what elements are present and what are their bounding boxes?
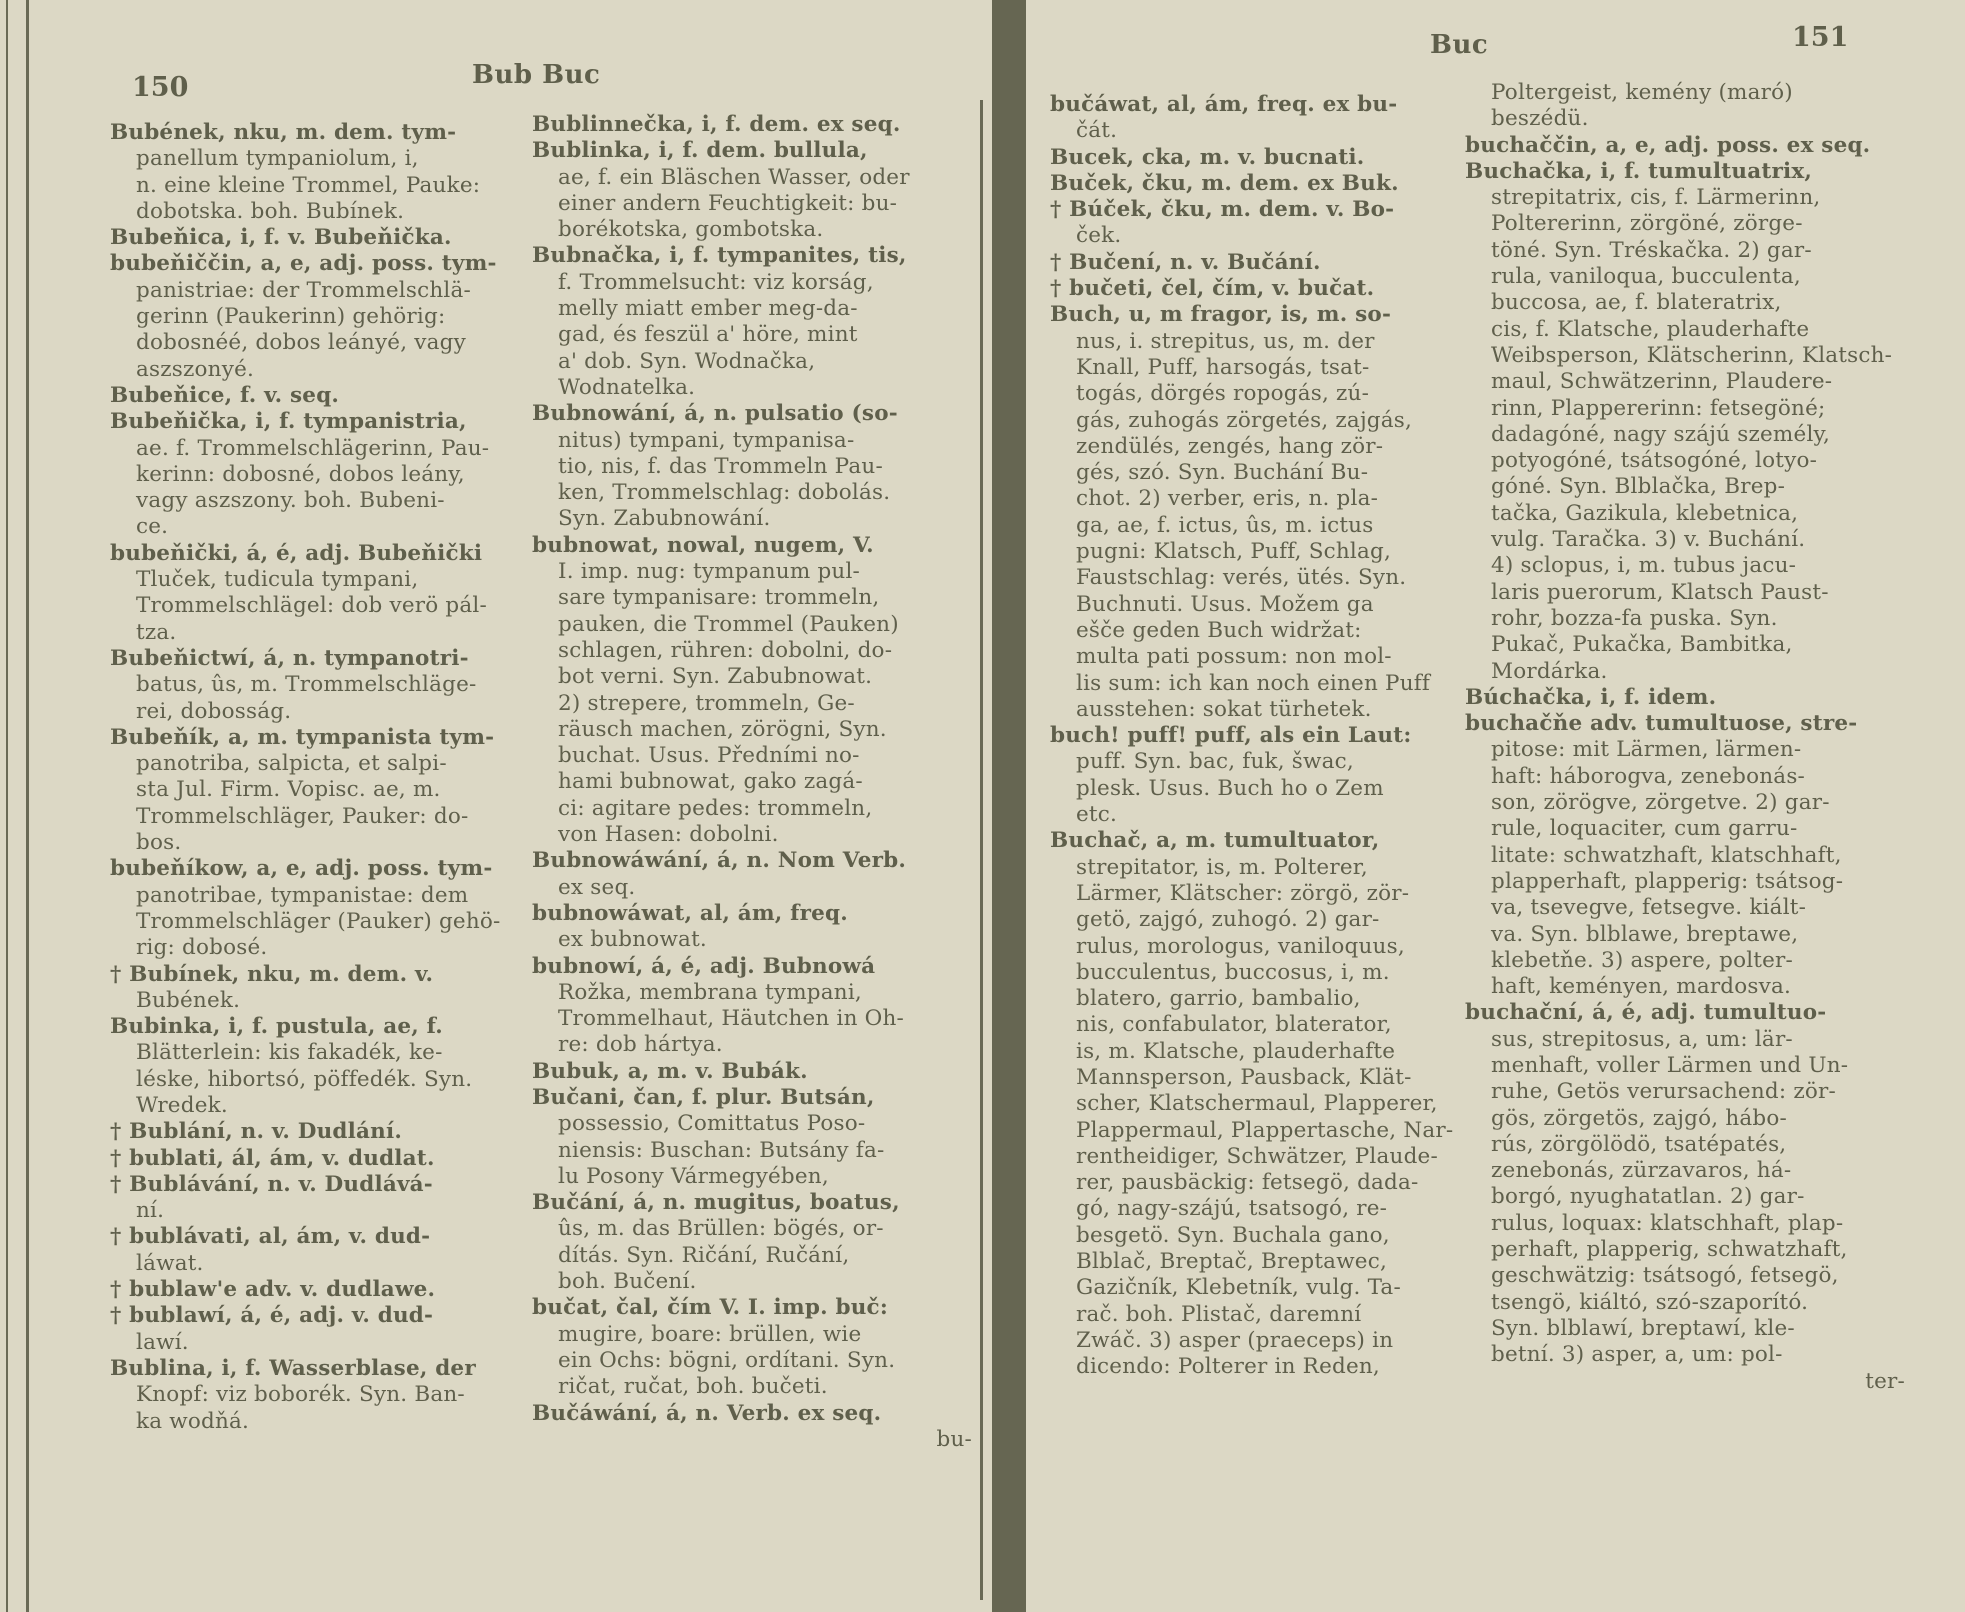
entry-continuation-line: tsengö, kiáltó, szó-szaporító. <box>1465 1290 1905 1316</box>
entry-continuation-line: lu Posony Vármegyében, <box>532 1164 972 1190</box>
entry-continuation-line: melly miatt ember meg-da- <box>532 296 972 322</box>
entry-headword-line: Bubeňictwí, á, n. tympanotri- <box>110 646 515 672</box>
page-number-left: 150 <box>132 72 188 103</box>
entry-continuation-line: pitose: mit Lärmen, lärmen- <box>1465 737 1905 763</box>
entry-continuation-line: batus, ûs, m. Trommelschläge- <box>110 672 515 698</box>
entry-continuation-line: dobosnéé, dobos leányé, vagy <box>110 330 515 356</box>
entry-continuation-line: léske, hibortsó, pöffedék. Syn. <box>110 1067 515 1093</box>
entry-headword-line: Búchačka, i, f. idem. <box>1465 685 1905 711</box>
entry-continuation-line: nus, i. strepitus, us, m. der <box>1050 329 1490 355</box>
entry-continuation-line: rohr, bozza-fa puska. Syn. <box>1465 606 1905 632</box>
entry-continuation-line: Mannsperson, Pausback, Klät- <box>1050 1065 1490 1091</box>
entry-headword-line: Bubének, nku, m. dem. tym- <box>110 120 515 146</box>
entry-continuation-line: Buchnuti. Usus. Možem ga <box>1050 592 1490 618</box>
entry-continuation-line: kerinn: dobosné, dobos leány, <box>110 462 515 488</box>
entry-headword-line: † bublaw'e adv. v. dudlawe. <box>110 1277 515 1303</box>
entry-continuation-line: 2) strepere, trommeln, Ge- <box>532 691 972 717</box>
entry-continuation-line: is, m. Klatsche, plauderhafte <box>1050 1039 1490 1065</box>
entry-continuation-line: buccosa, ae, f. blateratrix, <box>1465 290 1905 316</box>
entry-continuation-line: schlagen, rühren: dobolni, do- <box>532 638 972 664</box>
entry-headword-line: Bučani, čan, f. plur. Butsán, <box>532 1085 972 1111</box>
entry-continuation-line: f. Trommelsucht: viz korság, <box>532 270 972 296</box>
entry-continuation-line: ka wodňá. <box>110 1409 515 1435</box>
entry-continuation-line: ein Ochs: bögni, ordítani. Syn. <box>532 1348 972 1374</box>
entry-continuation-line: Faustschlag: verés, ütés. Syn. <box>1050 565 1490 591</box>
entry-continuation-line: dadagóné, nagy szájú személy, <box>1465 422 1905 448</box>
entry-continuation-line: multa pati possum: non mol- <box>1050 644 1490 670</box>
entry-continuation-line: getö, zajgó, zuhogó. 2) gar- <box>1050 907 1490 933</box>
entry-continuation-line: togás, dörgés ropogás, zú- <box>1050 381 1490 407</box>
entry-continuation-line: etc. <box>1050 802 1490 828</box>
entry-headword-line: Buchač, a, m. tumultuator, <box>1050 828 1490 854</box>
entry-headword-line: † Bubínek, nku, m. dem. v. <box>110 962 515 988</box>
entry-headword-line: bubeňiččin, a, e, adj. poss. tym- <box>110 251 515 277</box>
entry-continuation-line: buchat. Usus. Předními no- <box>532 743 972 769</box>
entry-continuation-line: panotriba, salpicta, et salpi- <box>110 751 515 777</box>
entry-continuation-line: blatero, garrio, bambalio, <box>1050 986 1490 1012</box>
entry-headword-line: † Búček, čku, m. dem. v. Bo- <box>1050 197 1490 223</box>
entry-continuation-line: dicendo: Polterer in Reden, <box>1050 1354 1490 1380</box>
entry-continuation-line: plapperhaft, plapperig: tsátsog- <box>1465 869 1905 895</box>
entry-continuation-line: laris puerorum, Klatsch Paust- <box>1465 580 1905 606</box>
entry-headword-line: Bublinnečka, i, f. dem. ex seq. <box>532 112 972 138</box>
entry-continuation-line: Knall, Puff, harsogás, tsat- <box>1050 355 1490 381</box>
entry-continuation-line: vulg. Taračka. 3) v. Buchání. <box>1465 527 1905 553</box>
entry-continuation-line: rentheidiger, Schwätzer, Plaude- <box>1050 1144 1490 1170</box>
entry-continuation-line: ní. <box>110 1198 515 1224</box>
entry-continuation-line: Plappermaul, Plappertasche, Nar- <box>1050 1118 1490 1144</box>
entry-continuation-line: possessio, Comittatus Poso- <box>532 1111 972 1137</box>
entry-continuation-line: bu- <box>532 1427 972 1453</box>
entry-continuation-line: plesk. Usus. Buch ho o Zem <box>1050 776 1490 802</box>
entry-continuation-line: chot. 2) verber, eris, n. pla- <box>1050 486 1490 512</box>
entry-continuation-line: betní. 3) asper, a, um: pol- <box>1465 1342 1905 1368</box>
entry-continuation-line: puff. Syn. bac, fuk, šwac, <box>1050 749 1490 775</box>
entry-continuation-line: ci: agitare pedes: trommeln, <box>532 796 972 822</box>
entry-headword-line: Bubeňice, f. v. seq. <box>110 383 515 409</box>
entry-headword-line: Bubnowání, á, n. pulsatio (so- <box>532 401 972 427</box>
entry-continuation-line: Bubének. <box>110 988 515 1014</box>
entry-continuation-line: ter- <box>1465 1369 1905 1395</box>
entry-continuation-line: vagy aszszony. boh. Bubeni- <box>110 488 515 514</box>
entry-continuation-line: Blätterlein: kis fakadék, ke- <box>110 1040 515 1066</box>
entry-headword-line: Bubnowáwání, á, n. Nom Verb. <box>532 848 972 874</box>
entry-headword-line: bubnowáwat, al, ám, freq. <box>532 901 972 927</box>
entry-continuation-line: Wredek. <box>110 1093 515 1119</box>
entry-headword-line: Bučáwání, á, n. Verb. ex seq. <box>532 1401 972 1427</box>
entry-continuation-line: Wodnatelka. <box>532 375 972 401</box>
entry-headword-line: Bubeňica, i, f. v. Bubeňička. <box>110 225 515 251</box>
entry-headword-line: † bučeti, čel, čím, v. bučat. <box>1050 276 1490 302</box>
entry-continuation-line: gás, zuhogás zörgetés, zajgás, <box>1050 408 1490 434</box>
entry-continuation-line: bucculentus, buccosus, i, m. <box>1050 960 1490 986</box>
entry-headword-line: † Bučení, n. v. Bučání. <box>1050 250 1490 276</box>
entry-headword-line: † bublávati, al, ám, v. dud- <box>110 1224 515 1250</box>
entry-continuation-line: ček. <box>1050 223 1490 249</box>
entry-continuation-line: Mordárka. <box>1465 659 1905 685</box>
entry-headword-line: Bubeňička, i, f. tympanistria, <box>110 409 515 435</box>
entry-continuation-line: sta Jul. Firm. Vopisc. ae, m. <box>110 777 515 803</box>
entry-continuation-line: strepitator, is, m. Polterer, <box>1050 855 1490 881</box>
entry-continuation-line: Knopf: viz boborék. Syn. Ban- <box>110 1382 515 1408</box>
entry-continuation-line: scher, Klatschermaul, Plapperer, <box>1050 1091 1490 1117</box>
entry-continuation-line: ausstehen: sokat türhetek. <box>1050 697 1490 723</box>
entry-continuation-line: dobotska. boh. Bubínek. <box>110 199 515 225</box>
entry-continuation-line: son, zörögve, zörgetve. 2) gar- <box>1465 790 1905 816</box>
entry-continuation-line: haft, keményen, mardosva. <box>1465 974 1905 1000</box>
entry-continuation-line: rer, pausbäckig: fetsegö, dada- <box>1050 1170 1490 1196</box>
entry-headword-line: buchaččin, a, e, adj. poss. ex seq. <box>1465 133 1905 159</box>
entry-continuation-line: pauken, die Trommel (Pauken) <box>532 612 972 638</box>
right-page: Buc 151 bučáwat, al, ám, freq. ex bu-čát… <box>1025 0 1965 1612</box>
entry-continuation-line: aszszonyé. <box>110 357 515 383</box>
entry-continuation-line: borgó, nyughatatlan. 2) gar- <box>1465 1184 1905 1210</box>
left-page: 150 Bub Buc Bubének, nku, m. dem. tym-pa… <box>0 0 990 1612</box>
entry-continuation-line: rač. boh. Plistač, daremní <box>1050 1302 1490 1328</box>
entry-continuation-line: menhaft, voller Lärmen und Un- <box>1465 1053 1905 1079</box>
entry-continuation-line: Syn. blblawí, breptawí, kle- <box>1465 1316 1905 1342</box>
entry-continuation-line: rinn, Plappererinn: fetsegöné; <box>1465 396 1905 422</box>
entry-continuation-line: gös, zörgetös, zajgó, hábo- <box>1465 1106 1905 1132</box>
entry-continuation-line: geschwätzig: tsátsogó, fetsegö, <box>1465 1263 1905 1289</box>
entry-headword-line: Bucek, cka, m. v. bucnati. <box>1050 145 1490 171</box>
entry-headword-line: † bublati, ál, ám, v. dudlat. <box>110 1146 515 1172</box>
entry-continuation-line: rula, vaniloqua, bucculenta, <box>1465 264 1905 290</box>
entry-continuation-line: Blblač, Breptač, Breptawec, <box>1050 1249 1490 1275</box>
entry-headword-line: bubeňíkow, a, e, adj. poss. tym- <box>110 856 515 882</box>
entry-headword-line: bubnowat, nowal, nugem, V. <box>532 533 972 559</box>
entry-continuation-line: ce. <box>110 514 515 540</box>
entry-continuation-line: maul, Schwätzerinn, Plaudere- <box>1465 369 1905 395</box>
entry-continuation-line: cis, f. Klatsche, plauderhafte <box>1465 317 1905 343</box>
entry-continuation-line: nis, confabulator, blaterator, <box>1050 1012 1490 1038</box>
entry-continuation-line: ae, f. ein Bläschen Wasser, oder <box>532 165 972 191</box>
entry-continuation-line: ken, Trommelschlag: dobolás. <box>532 480 972 506</box>
entry-continuation-line: panistriae: der Trommelschlä- <box>110 278 515 304</box>
entry-continuation-line: besgetö. Syn. Buchala gano, <box>1050 1223 1490 1249</box>
entry-continuation-line: Weibsperson, Klätscherinn, Klatsch- <box>1465 343 1905 369</box>
entry-continuation-line: góné. Syn. Blblačka, Brep- <box>1465 474 1905 500</box>
entry-continuation-line: von Hasen: dobolni. <box>532 822 972 848</box>
entry-continuation-line: Syn. Zabubnowání. <box>532 506 972 532</box>
entry-continuation-line: n. eine kleine Trommel, Pauke: <box>110 173 515 199</box>
entry-headword-line: Bubuk, a, m. v. Bubák. <box>532 1059 972 1085</box>
entry-continuation-line: perhaft, plapperig, schwatzhaft, <box>1465 1237 1905 1263</box>
entry-continuation-line: re: dob hártya. <box>532 1032 972 1058</box>
dictionary-column-2: Bublinnečka, i, f. dem. ex seq.Bublinka,… <box>532 112 972 1453</box>
entry-continuation-line: sare tympanisare: trommeln, <box>532 585 972 611</box>
entry-continuation-line: Tluček, tudicula tympani, <box>110 567 515 593</box>
entry-continuation-line: rei, dobosság. <box>110 699 515 725</box>
entry-continuation-line: Trommelschläger, Pauker: do- <box>110 804 515 830</box>
entry-continuation-line: hami bubnowat, gako zagá- <box>532 769 972 795</box>
entry-continuation-line: čát. <box>1050 118 1490 144</box>
entry-continuation-line: gerinn (Paukerinn) gehörig: <box>110 304 515 330</box>
entry-continuation-line: dítás. Syn. Ričání, Ručání, <box>532 1243 972 1269</box>
entry-headword-line: Bublinka, i, f. dem. bullula, <box>532 138 972 164</box>
entry-continuation-line: bos. <box>110 830 515 856</box>
entry-continuation-line: tio, nis, f. das Trommeln Pau- <box>532 454 972 480</box>
entry-continuation-line: Trommelhaut, Häutchen in Oh- <box>532 1006 972 1032</box>
entry-headword-line: buchačňe adv. tumultuose, stre- <box>1465 711 1905 737</box>
entry-continuation-line: va. Syn. blblawe, breptawe, <box>1465 922 1905 948</box>
entry-headword-line: Buch, u, m fragor, is, m. so- <box>1050 302 1490 328</box>
dictionary-column-1: Bubének, nku, m. dem. tym-panellum tympa… <box>110 120 515 1435</box>
entry-continuation-line: lis sum: ich kan noch einen Puff <box>1050 671 1490 697</box>
entry-continuation-line: ešče geden Buch widržat: <box>1050 618 1490 644</box>
entry-continuation-line: ex seq. <box>532 875 972 901</box>
entry-continuation-line: ex bubnowat. <box>532 927 972 953</box>
entry-continuation-line: klebetňe. 3) aspere, polter- <box>1465 948 1905 974</box>
entry-continuation-line: strepitatrix, cis, f. Lärmerinn, <box>1465 185 1905 211</box>
entry-continuation-line: ga, ae, f. ictus, ûs, m. ictus <box>1050 513 1490 539</box>
entry-continuation-line: gó, nagy-szájú, tsatsogó, re- <box>1050 1196 1490 1222</box>
entry-continuation-line: ûs, m. das Brüllen: bögés, or- <box>532 1216 972 1242</box>
entry-headword-line: bubeňički, á, é, adj. Bubeňički <box>110 541 515 567</box>
entry-continuation-line: Zwáč. 3) asper (praeceps) in <box>1050 1328 1490 1354</box>
entry-headword-line: Bubinka, i, f. pustula, ae, f. <box>110 1014 515 1040</box>
entry-continuation-line: Trommelschläger (Pauker) gehö- <box>110 909 515 935</box>
entry-continuation-line: rús, zörgölödö, tsatépatés, <box>1465 1132 1905 1158</box>
entry-headword-line: Buchačka, i, f. tumultuatrix, <box>1465 159 1905 185</box>
entry-headword-line: † Bublávání, n. v. Dudlává- <box>110 1172 515 1198</box>
entry-continuation-line: gés, szó. Syn. Buchání Bu- <box>1050 460 1490 486</box>
entry-continuation-line: lawí. <box>110 1330 515 1356</box>
entry-continuation-line: Pukač, Pukačka, Bambitka, <box>1465 632 1905 658</box>
entry-continuation-line: haft: háborogva, zenebonás- <box>1465 764 1905 790</box>
entry-continuation-line: ae. f. Trommelschlägerinn, Pau- <box>110 436 515 462</box>
entry-continuation-line: einer andern Feuchtigkeit: bu- <box>532 191 972 217</box>
entry-headword-line: † bublawí, á, é, adj. v. dud- <box>110 1303 515 1329</box>
entry-continuation-line: rig: dobosé. <box>110 935 515 961</box>
entry-continuation-line: Rožka, membrana tympani, <box>532 980 972 1006</box>
entry-headword-line: Bubnačka, i, f. tympanites, tis, <box>532 243 972 269</box>
entry-continuation-line: Lärmer, Klätscher: zörgö, zör- <box>1050 881 1490 907</box>
entry-continuation-line: nitus) tympani, tympanisa- <box>532 428 972 454</box>
entry-headword-line: bučáwat, al, ám, freq. ex bu- <box>1050 92 1490 118</box>
entry-headword-line: † Bublání, n. v. Dudlání. <box>110 1119 515 1145</box>
dictionary-column-4: Poltergeist, kemény (maró)beszédü.buchač… <box>1465 80 1905 1395</box>
entry-continuation-line: boh. Bučení. <box>532 1269 972 1295</box>
entry-continuation-line: niensis: Buschan: Butsány fa- <box>532 1138 972 1164</box>
page-edge-lines <box>6 0 29 1612</box>
entry-continuation-line: Poltererinn, zörgöné, zörge- <box>1465 211 1905 237</box>
entry-continuation-line: sus, strepitosus, a, um: lär- <box>1465 1027 1905 1053</box>
entry-continuation-line: ričat, ručat, boh. bučeti. <box>532 1374 972 1400</box>
entry-continuation-line: bot verni. Syn. Zabubnowat. <box>532 664 972 690</box>
entry-continuation-line: töné. Syn. Tréskačka. 2) gar- <box>1465 238 1905 264</box>
entry-continuation-line: räusch machen, zörögni, Syn. <box>532 717 972 743</box>
entry-continuation-line: 4) sclopus, i, m. tubus jacu- <box>1465 553 1905 579</box>
dictionary-column-3: bučáwat, al, ám, freq. ex bu-čát.Bucek, … <box>1050 92 1490 1381</box>
entry-continuation-line: va, tsevegve, fetsegve. kiált- <box>1465 895 1905 921</box>
entry-continuation-line: zenebonás, zürzavaros, há- <box>1465 1158 1905 1184</box>
entry-continuation-line: pugni: Klatsch, Puff, Schlag, <box>1050 539 1490 565</box>
entry-continuation-line: rulus, morologus, vaniloquus, <box>1050 934 1490 960</box>
page-number-right: 151 <box>1792 22 1848 53</box>
entry-continuation-line: potyogóné, tsátsogóné, lotyo- <box>1465 448 1905 474</box>
entry-continuation-line: gad, és feszül a' höre, mint <box>532 322 972 348</box>
entry-headword-line: Bubeňík, a, m. tympanista tym- <box>110 725 515 751</box>
entry-headword-line: Bučání, á, n. mugitus, boatus, <box>532 1190 972 1216</box>
entry-continuation-line: litate: schwatzhaft, klatschhaft, <box>1465 843 1905 869</box>
entry-headword-line: bučat, čal, čím V. I. imp. buč: <box>532 1295 972 1321</box>
entry-continuation-line: rule, loquaciter, cum garru- <box>1465 816 1905 842</box>
entry-continuation-line: beszédü. <box>1465 106 1905 132</box>
entry-continuation-line: Gazičník, Klebetník, vulg. Ta- <box>1050 1275 1490 1301</box>
entry-headword-line: buch! puff! puff, als ein Laut: <box>1050 723 1490 749</box>
entry-headword-line: buchační, á, é, adj. tumultuo- <box>1465 1000 1905 1026</box>
entry-headword-line: Buček, čku, m. dem. ex Buk. <box>1050 171 1490 197</box>
entry-continuation-line: tza. <box>110 620 515 646</box>
entry-continuation-line: rulus, loquax: klatschhaft, plap- <box>1465 1211 1905 1237</box>
entry-headword-line: bubnowí, á, é, adj. Bubnowá <box>532 954 972 980</box>
entry-continuation-line: panellum tympaniolum, i, <box>110 146 515 172</box>
entry-continuation-line: zendülés, zengés, hang zör- <box>1050 434 1490 460</box>
entry-continuation-line: a' dob. Syn. Wodnačka, <box>532 349 972 375</box>
entry-headword-line: Bublina, i, f. Wasserblase, der <box>110 1356 515 1382</box>
entry-continuation-line: tačka, Gazikula, klebetnica, <box>1465 501 1905 527</box>
entry-continuation-line: Poltergeist, kemény (maró) <box>1465 80 1905 106</box>
entry-continuation-line: panotribae, tympanistae: dem <box>110 883 515 909</box>
running-head-right: Buc <box>1430 30 1488 60</box>
entry-continuation-line: mugire, boare: brüllen, wie <box>532 1322 972 1348</box>
entry-continuation-line: láwat. <box>110 1251 515 1277</box>
entry-continuation-line: I. imp. nug: tympanum pul- <box>532 559 972 585</box>
gutter-shadow-line <box>980 100 983 1600</box>
entry-continuation-line: ruhe, Getös verursachend: zör- <box>1465 1079 1905 1105</box>
entry-continuation-line: borékotska, gombotska. <box>532 217 972 243</box>
running-head-left: Bub Buc <box>472 60 600 90</box>
book-gutter <box>992 0 1026 1612</box>
entry-continuation-line: Trommelschlägel: dob verö pál- <box>110 593 515 619</box>
